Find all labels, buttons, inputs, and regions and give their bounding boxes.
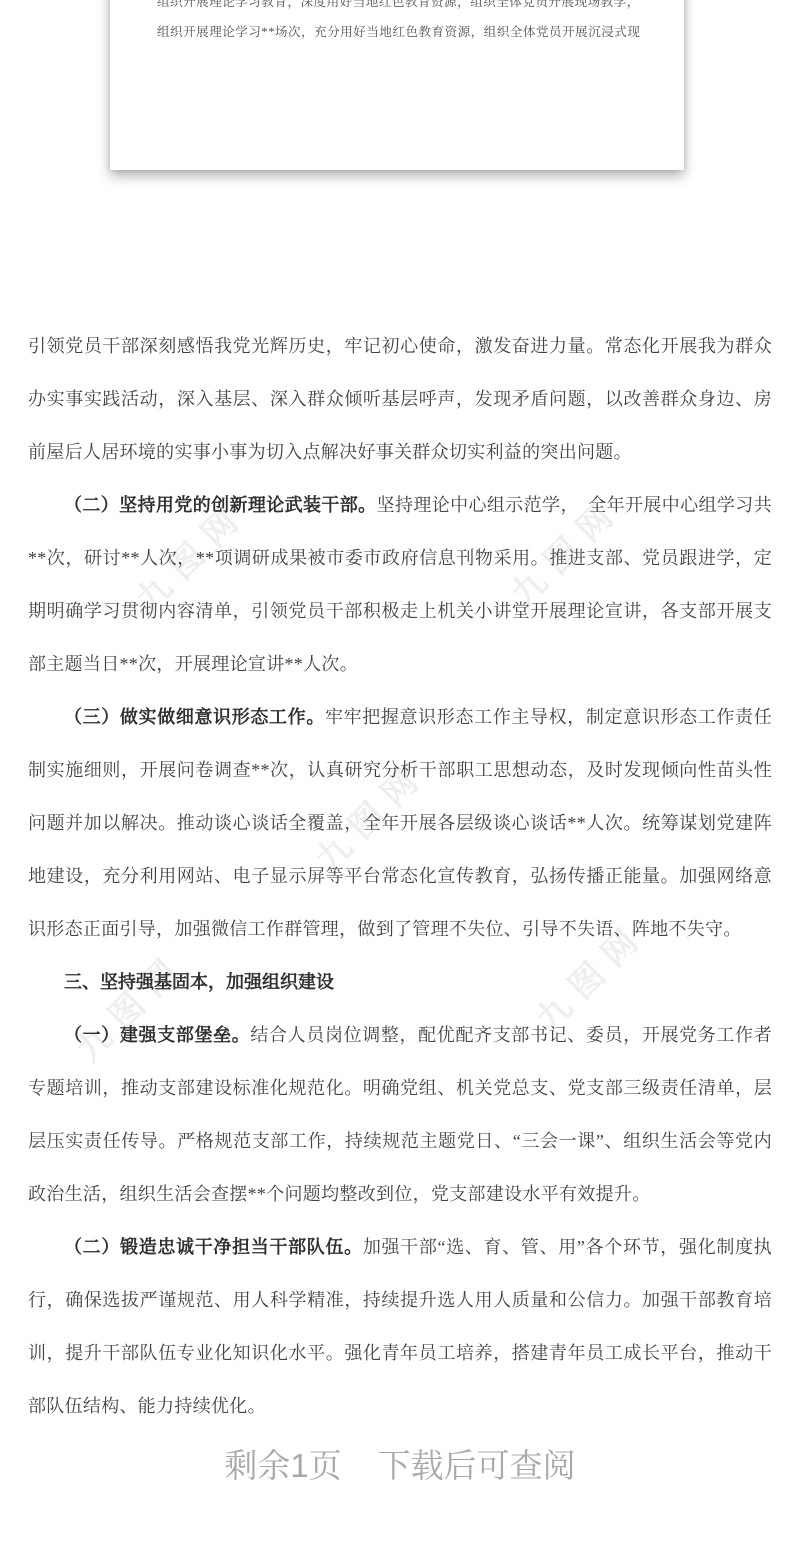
clipped-text-line: 组织开展理论学习教育，深度用好当地红色教育资源，组织全体党员开展现场教学，	[157, 0, 640, 12]
paragraph-text: 牢牢把握意识形态工作主导权，制定意识形态工作责任制实施细则，开展问卷调查**次，…	[28, 707, 772, 939]
paragraph-text: 加强干部“选、育、管、用”各个环节，强化制度执行，确保选拔严谨规范、用人科学精准…	[28, 1237, 772, 1416]
paragraph-item2: （二）坚持用党的创新理论武装干部。坚持理论中心组示范学， 全年开展中心组学习共*…	[28, 479, 772, 691]
card-text-line: 组织开展理论学习**场次，充分用好当地红色教育资源，组织全体党员开展沉浸式现场教…	[157, 22, 640, 42]
paragraph-lead: （一）建强支部堡垒。	[64, 1025, 250, 1045]
section-heading: 三、坚持强基固本，加强组织建设	[28, 956, 772, 1009]
paragraph-lead: （二）锻造忠诚干净担当干部队伍。	[64, 1237, 363, 1257]
previous-page-card: 组织开展理论学习教育，深度用好当地红色教育资源，组织全体党员开展现场教学， 组织…	[110, 0, 684, 170]
paragraph-text: 引领党员干部深刻感悟我党光辉历史，牢记初心使命，激发奋进力量。常态化开展我为群众…	[28, 336, 772, 462]
paragraph-text: 结合人员岗位调整，配优配齐支部书记、委员，开展党务工作者专题培训，推动支部建设标…	[28, 1025, 772, 1204]
paragraph-text: 坚持理论中心组示范学， 全年开展中心组学习共**次，研讨**人次，**项调研成果…	[28, 495, 772, 674]
paragraph-lead: （三）做实做细意识形态工作。	[64, 707, 325, 727]
remaining-pages-label: 剩余1页	[224, 1440, 341, 1487]
paragraph-continuation: 引领党员干部深刻感悟我党光辉历史，牢记初心使命，激发奋进力量。常态化开展我为群众…	[28, 320, 772, 479]
document-preview-page: { "preview_card": { "clipped_line": "组织开…	[0, 0, 800, 1547]
paragraph-item5: （二）锻造忠诚干净担当干部队伍。加强干部“选、育、管、用”各个环节，强化制度执行…	[28, 1221, 772, 1433]
document-body: 引领党员干部深刻感悟我党光辉历史，牢记初心使命，激发奋进力量。常态化开展我为群众…	[28, 320, 772, 1433]
paragraph-lead: （二）坚持用党的创新理论武装干部。	[64, 495, 377, 515]
paragraph-item3: （三）做实做细意识形态工作。牢牢把握意识形态工作主导权，制定意识形态工作责任制实…	[28, 691, 772, 956]
previous-page-card-inner: 组织开展理论学习教育，深度用好当地红色教育资源，组织全体党员开展现场教学， 组织…	[157, 0, 640, 170]
download-to-view-label: 下载后可查阅	[378, 1440, 576, 1487]
paragraph-item4: （一）建强支部堡垒。结合人员岗位调整，配优配齐支部书记、委员，开展党务工作者专题…	[28, 1009, 772, 1221]
remaining-pages-notice: 剩余1页 下载后可查阅	[0, 1440, 800, 1487]
